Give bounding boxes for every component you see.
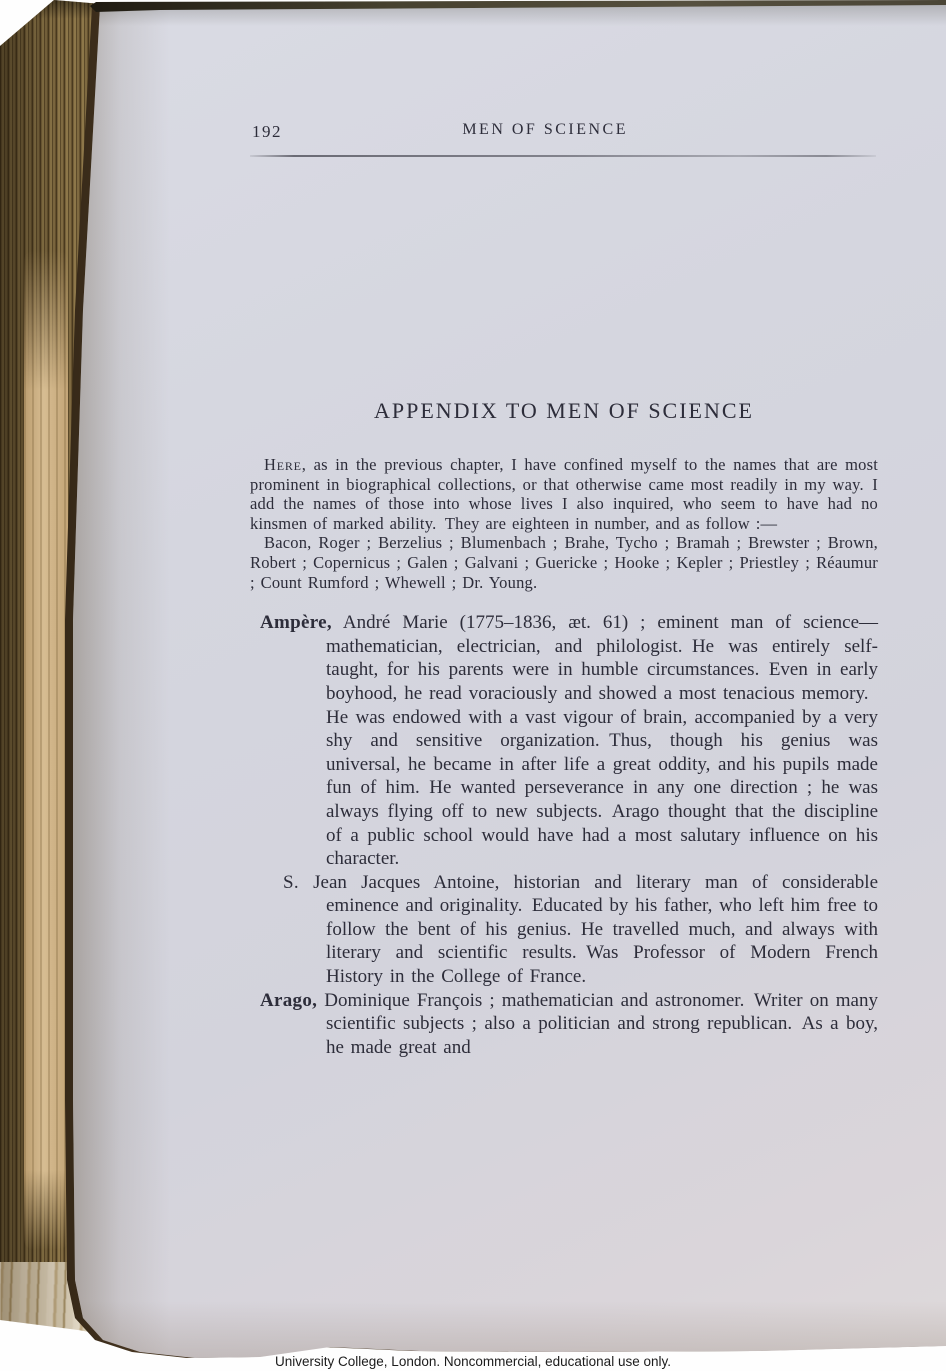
entry-ampere-son: S. Jean Jacques Antoine, historian and l…	[260, 871, 878, 989]
biography-entries: Ampère, André Marie (1775–1836, æt. 61) …	[250, 611, 878, 1059]
page-edge-tan-band	[24, 250, 68, 1250]
names-list-paragraph: Bacon, Roger ; Berzelius ; Blumenbach ; …	[250, 533, 878, 592]
scanned-book-photo: 192 MEN OF SCIENCE APPENDIX TO MEN OF SC…	[0, 0, 946, 1371]
entry-son-body: Jean Jacques Antoine, historian and lite…	[313, 872, 878, 987]
running-title: MEN OF SCIENCE	[462, 121, 628, 139]
page-number: 192	[252, 122, 282, 142]
entry-son-headword: S.	[283, 872, 299, 893]
intro-text: , as in the previous chapter, I have con…	[250, 455, 878, 533]
entry-arago-headword: Arago,	[260, 990, 317, 1011]
page-content: 192 MEN OF SCIENCE APPENDIX TO MEN OF SC…	[250, 118, 878, 1059]
header-rule	[250, 155, 876, 157]
entry-arago-body: Dominique François ; mathematician and a…	[324, 990, 878, 1058]
entry-ampere-body: André Marie (1775–1836, æt. 61) ; eminen…	[326, 612, 878, 869]
copyright-caption: University College, London. Noncommercia…	[0, 1354, 946, 1369]
intro-lead-word: Here	[264, 455, 302, 474]
intro-paragraph: Here, as in the previous chapter, I have…	[250, 455, 878, 533]
appendix-heading: APPENDIX TO MEN OF SCIENCE	[250, 398, 878, 424]
entry-arago: Arago, Dominique François ; mathematicia…	[260, 989, 878, 1060]
entry-ampere-headword: Ampère,	[260, 612, 332, 633]
entry-ampere: Ampère, André Marie (1775–1836, æt. 61) …	[260, 611, 878, 871]
page-header: 192 MEN OF SCIENCE	[250, 118, 878, 158]
